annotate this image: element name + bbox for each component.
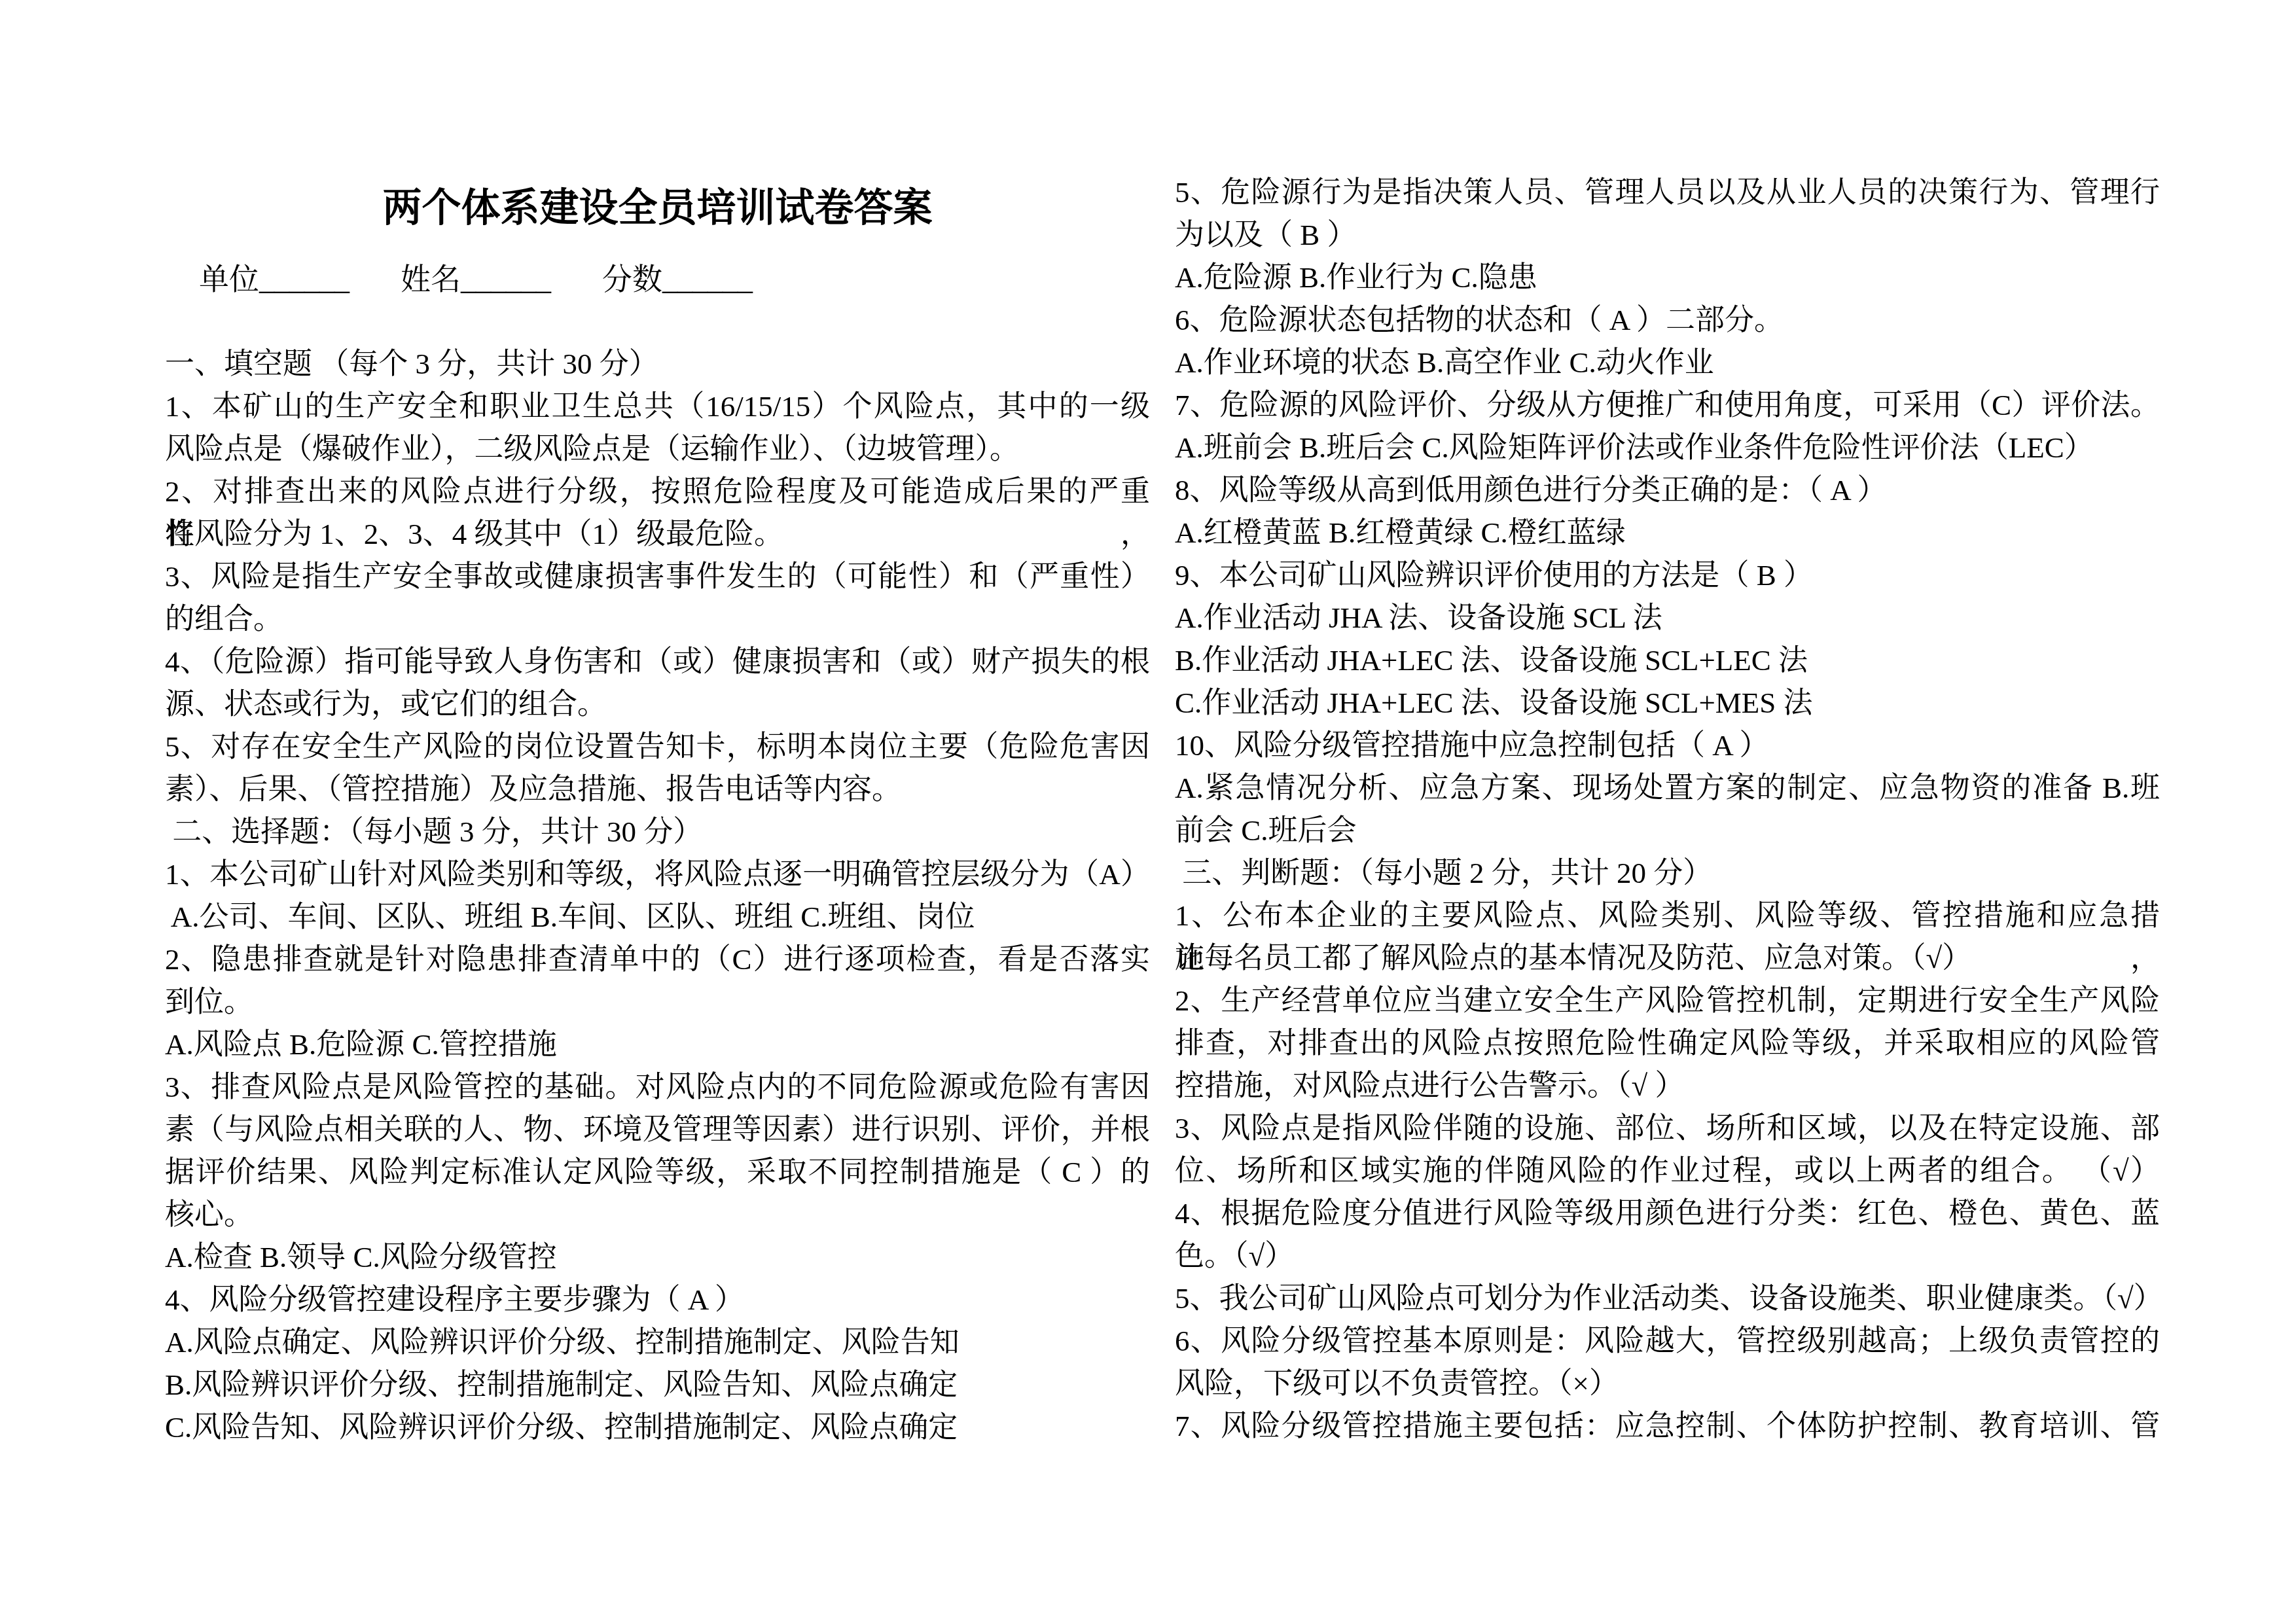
text-line: A.班前会 B.班后会 C.风险矩阵评价法或作业条件危险性评价法（LEC） — [1175, 427, 2160, 469]
text-line: A.作业活动 JHA 法、设备设施 SCL 法 — [1175, 597, 2160, 639]
page-title: 两个体系建设全员培训试卷答案 — [165, 185, 1150, 232]
exam-answer-sheet-page: 两个体系建设全员培训试卷答案 单位______ 姓名______ 分数_____… — [0, 0, 2296, 1623]
text-line: B.风险辨识评价分级、控制措施制定、风险告知、风险点确定 — [165, 1364, 1150, 1406]
name-label: 姓名 — [401, 262, 461, 296]
text-line: 排查，对排查出的风险点按照危险性确定风险等级，并采取相应的风险管 — [1175, 1022, 2160, 1065]
text-line: A.公司、车间、区队、班组 B.车间、区队、班组 C.班组、岗位 — [165, 896, 1150, 938]
text-line: 8、风险等级从高到低用颜色进行分类正确的是：（ A ） — [1175, 469, 2160, 512]
text-line: 4、根据危险度分值进行风险等级用颜色进行分类：红色、橙色、黄色、蓝 — [1175, 1192, 2160, 1235]
text-line: A.红橙黄蓝 B.红橙黄绿 C.橙红蓝绿 — [1175, 512, 2160, 554]
text-line: 风险，下级可以不负责管控。（×） — [1175, 1363, 2160, 1405]
unit-label: 单位 — [199, 262, 259, 296]
text-line: 7、风险分级管控措施主要包括：应急控制、个体防护控制、教育培训、管 — [1175, 1405, 2160, 1448]
text-line: 色。（√） — [1175, 1235, 2160, 1277]
text-line: 5、对存在安全生产风险的岗位设置告知卡，标明本岗位主要（危险危害因 — [165, 726, 1150, 768]
text-line: 位、场所和区域实施的伴随风险的作业过程，或以上两者的组合。 （√） — [1175, 1150, 2160, 1192]
text-line: A.紧急情况分析、应急方案、现场处置方案的制定、应急物资的准备 B.班 — [1175, 767, 2160, 810]
unit-blank-line: ______ — [259, 262, 350, 296]
text-line: 1、本矿山的生产安全和职业卫生总共（16/15/15）个风险点，其中的一级 — [165, 385, 1150, 428]
score-label: 分数 — [602, 262, 662, 296]
text-line: 1、本公司矿山针对风险类别和等级，将风险点逐一明确管控层级分为（A） — [165, 853, 1150, 896]
text-line: 素）、后果、（管控措施）及应急措施、报告电话等内容。 — [165, 768, 1150, 811]
text-line: 6、危险源状态包括物的状态和（ A ）二部分。 — [1175, 299, 2160, 342]
text-line: 的组合。 — [165, 598, 1150, 641]
text-line: 10、风险分级管控措施中应急控制包括（ A ） — [1175, 724, 2160, 767]
text-line: A.风险点确定、风险辨识评价分级、控制措施制定、风险告知 — [165, 1321, 1150, 1364]
text-line: 2、对排查出来的风险点进行分级，按照危险程度及可能造成后果的严重性， — [165, 471, 1150, 513]
text-line: 到位。 — [165, 981, 1150, 1024]
text-line: 源、状态或行为，或它们的组合。 — [165, 683, 1150, 726]
text-line: 3、排查风险点是风险管控的基础。对风险点内的不同危险源或危险有害因 — [165, 1066, 1150, 1109]
text-line: 风险点是（爆破作业），二级风险点是（运输作业）、（边坡管理）。 — [165, 428, 1150, 471]
text-line: A.作业环境的状态 B.高空作业 C.动火作业 — [1175, 342, 2160, 384]
name-field: 姓名______ — [401, 259, 551, 300]
text-line: B.作业活动 JHA+LEC 法、设备设施 SCL+LEC 法 — [1175, 639, 2160, 682]
name-blank-line: ______ — [461, 262, 551, 296]
text-line: A.检查 B.领导 C.风险分级管控 — [165, 1236, 1150, 1279]
text-line: 为以及（ B ） — [1175, 214, 2160, 257]
unit-field: 单位______ — [199, 259, 350, 300]
text-line: 前会 C.班后会 — [1175, 810, 2160, 852]
text-line: 1、公布本企业的主要风险点、风险类别、风险等级、管控措施和应急措施， — [1175, 895, 2160, 937]
text-line: C.风险告知、风险辨识评价分级、控制措施制定、风险点确定 — [165, 1406, 1150, 1449]
text-line: 5、我公司矿山风险点可划分为作业活动类、设备设施类、职业健康类。（√） — [1175, 1277, 2160, 1320]
text-line: A.风险点 B.危险源 C.管控措施 — [165, 1024, 1150, 1066]
text-line: 2、隐患排查就是针对隐患排查清单中的（C）进行逐项检查，看是否落实 — [165, 938, 1150, 981]
text-line: 6、风险分级管控基本原则是：风险越大，管控级别越高；上级负责管控的 — [1175, 1320, 2160, 1363]
score-field: 分数______ — [602, 259, 753, 300]
exam-header-fields: 单位______ 姓名______ 分数______ — [199, 259, 753, 300]
text-line: 7、危险源的风险评价、分级从方便推广和使用角度，可采用（C）评价法。 — [1175, 384, 2160, 427]
text-line: 三、判断题：（每小题 2 分，共计 20 分） — [1175, 852, 2160, 895]
text-line: A.危险源 B.作业行为 C.隐患 — [1175, 257, 2160, 299]
text-line: 一、填空题 （每个 3 分，共计 30 分） — [165, 343, 1150, 385]
text-line: 4、风险分级管控建设程序主要步骤为（ A ） — [165, 1279, 1150, 1321]
text-line: 控措施，对风险点进行公告警示。（√ ） — [1175, 1065, 2160, 1107]
text-line: 核心。 — [165, 1194, 1150, 1236]
left-column: 一、填空题 （每个 3 分，共计 30 分）1、本矿山的生产安全和职业卫生总共（… — [165, 343, 1150, 1449]
text-line: 9、本公司矿山风险辨识评价使用的方法是（ B ） — [1175, 554, 2160, 597]
score-blank-line: ______ — [662, 262, 753, 296]
text-line: 据评价结果、风险判定标准认定风险等级，采取不同控制措施是（ C ）的 — [165, 1151, 1150, 1194]
text-line: 素（与风险点相关联的人、物、环境及管理等因素）进行识别、评价，并根 — [165, 1109, 1150, 1151]
text-line: 2、生产经营单位应当建立安全生产风险管控机制，定期进行安全生产风险 — [1175, 980, 2160, 1022]
text-line: 二、选择题：（每小题 3 分，共计 30 分） — [165, 811, 1150, 853]
text-line: C.作业活动 JHA+LEC 法、设备设施 SCL+MES 法 — [1175, 682, 2160, 724]
text-line: 3、风险点是指风险伴随的设施、部位、场所和区域，以及在特定设施、部 — [1175, 1107, 2160, 1150]
text-line: 4、（危险源）指可能导致人身伤害和（或）健康损害和（或）财产损失的根 — [165, 641, 1150, 683]
right-column: 5、危险源行为是指决策人员、管理人员以及从业人员的决策行为、管理行为以及（ B … — [1175, 171, 2160, 1448]
text-line: 3、风险是指生产安全事故或健康损害事件发生的（可能性）和（严重性） — [165, 556, 1150, 598]
text-line: 5、危险源行为是指决策人员、管理人员以及从业人员的决策行为、管理行 — [1175, 171, 2160, 214]
